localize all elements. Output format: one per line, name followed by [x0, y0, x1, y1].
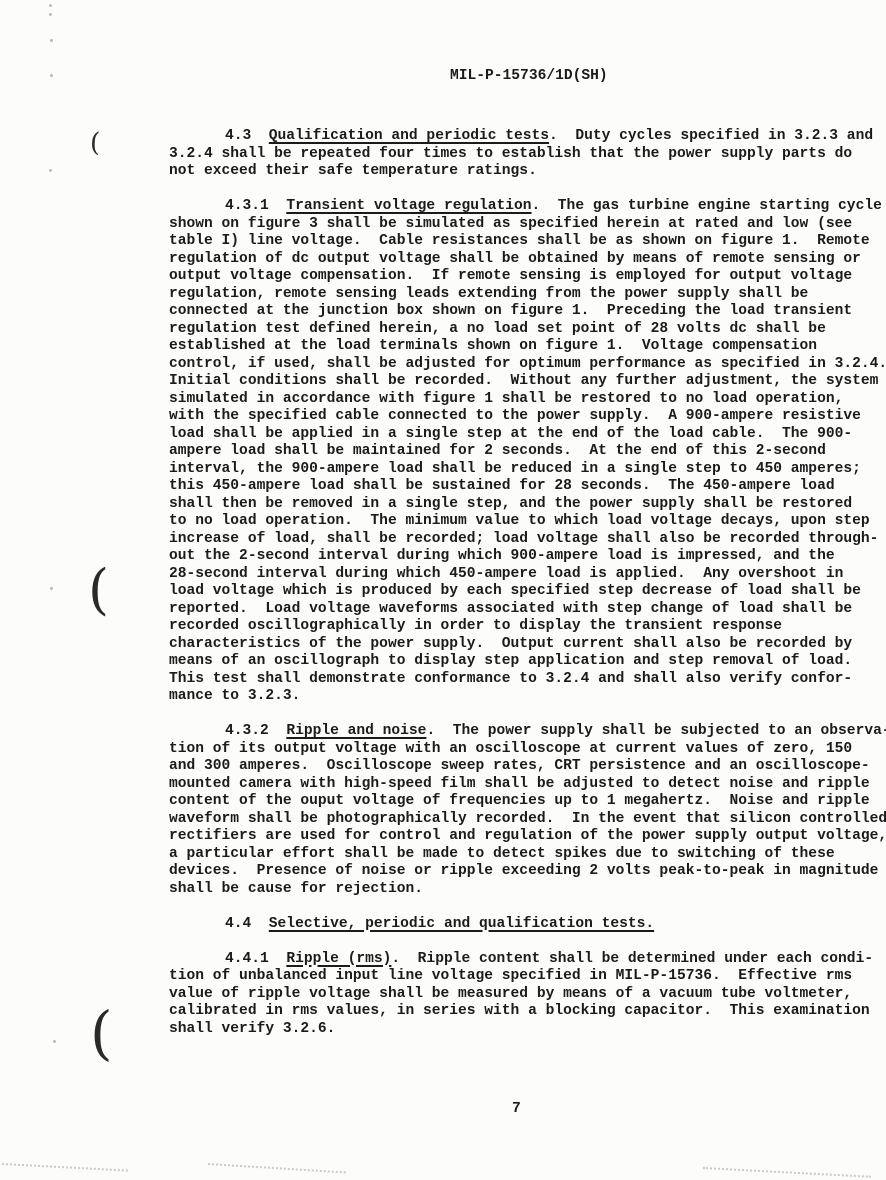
- text-line: devices. Presence of noise or ripple exc…: [169, 863, 886, 881]
- pen-mark-paren-icon: (: [90, 1004, 113, 1062]
- text-line: mance to 3.2.3.: [169, 688, 886, 706]
- section-title: Ripple (rms): [286, 951, 391, 967]
- text-line: tion of unbalanced input line voltage sp…: [169, 968, 886, 986]
- text-line: calibrated in rms values, in series with…: [169, 1003, 886, 1021]
- text-line: shall verify 3.2.6.: [169, 1021, 886, 1039]
- scan-speck: [49, 169, 52, 172]
- section-heading-line: 4.3 Qualification and periodic tests. Du…: [169, 128, 886, 146]
- document-body: 4.3 Qualification and periodic tests. Du…: [169, 128, 886, 1038]
- text-line: recorded oscillographically in order to …: [169, 618, 886, 636]
- paragraph-lines: tion of its output voltage with an oscil…: [169, 741, 886, 899]
- text-line: out the 2-second interval during which 9…: [169, 548, 886, 566]
- text-line: not exceed their safe temperature rating…: [169, 163, 886, 181]
- document-id-header: MIL-P-15736/1D(SH): [450, 68, 608, 84]
- text-line: Initial conditions shall be recorded. Wi…: [169, 373, 886, 391]
- section-title: Ripple and noise: [286, 723, 426, 739]
- section-title: Transient voltage regulation: [286, 198, 531, 214]
- paragraph-lines: shown on figure 3 shall be simulated as …: [169, 216, 886, 706]
- text-line: value of ripple voltage shall be measure…: [169, 986, 886, 1004]
- section-4-3: 4.3 Qualification and periodic tests. Du…: [169, 128, 886, 181]
- section-title: Selective, periodic and qualification te…: [269, 916, 654, 932]
- section-number: 4.3: [225, 128, 269, 144]
- section-heading-line: 4.4.1 Ripple (rms). Ripple content shall…: [169, 951, 886, 969]
- scan-speck: [50, 39, 53, 42]
- section-heading-line: 4.3.1 Transient voltage regulation. The …: [169, 198, 886, 216]
- section-4-4: 4.4 Selective, periodic and qualificatio…: [169, 916, 886, 934]
- text-line: shown on figure 3 shall be simulated as …: [169, 216, 886, 234]
- section-number: 4.3.2: [225, 723, 286, 739]
- text-line: regulation, remote sensing leads extendi…: [169, 286, 886, 304]
- scan-speck: [50, 74, 53, 77]
- text-line: table I) line voltage. Cable resistances…: [169, 233, 886, 251]
- section-number: 4.4.1: [225, 951, 286, 967]
- text-line: shall be cause for rejection.: [169, 881, 886, 899]
- scan-dash-artifact: [703, 1167, 871, 1178]
- text-line: to no load operation. The minimum value …: [169, 513, 886, 531]
- section-4-3-2: 4.3.2 Ripple and noise. The power supply…: [169, 723, 886, 898]
- heading-tail-text: . Ripple content shall be determined und…: [391, 951, 873, 967]
- scanned-document-page: MIL-P-15736/1D(SH) 4.3 Qualification and…: [0, 0, 886, 1180]
- text-line: 28-second interval during which 450-ampe…: [169, 566, 886, 584]
- text-line: load voltage which is produced by each s…: [169, 583, 886, 601]
- text-line: This test shall demonstrate conformance …: [169, 671, 886, 689]
- section-title: Qualification and periodic tests: [269, 128, 549, 144]
- section-heading-line: 4.3.2 Ripple and noise. The power supply…: [169, 723, 886, 741]
- text-line: interval, the 900-ampere load shall be r…: [169, 461, 886, 479]
- text-line: rectifiers are used for control and regu…: [169, 828, 886, 846]
- text-line: and 300 amperes. Oscilloscope sweep rate…: [169, 758, 886, 776]
- scan-speck: [50, 587, 53, 590]
- text-line: control, if used, shall be adjusted for …: [169, 356, 886, 374]
- section-heading-line: 4.4 Selective, periodic and qualificatio…: [169, 916, 886, 934]
- text-line: reported. Load voltage waveforms associa…: [169, 601, 886, 619]
- text-line: connected at the junction box shown on f…: [169, 303, 886, 321]
- section-number: 4.3.1: [225, 198, 286, 214]
- section-number: 4.4: [225, 916, 269, 932]
- text-line: tion of its output voltage with an oscil…: [169, 741, 886, 759]
- text-line: a particular effort shall be made to det…: [169, 846, 886, 864]
- text-line: output voltage compensation. If remote s…: [169, 268, 886, 286]
- text-line: regulation of dc output voltage shall be…: [169, 251, 886, 269]
- text-line: load shall be applied in a single step a…: [169, 426, 886, 444]
- scan-dash-artifact: [208, 1163, 346, 1173]
- heading-tail-text: . Duty cycles specified in 3.2.3 and: [549, 128, 873, 144]
- scan-speck: [53, 1040, 56, 1043]
- text-line: shall then be removed in a single step, …: [169, 496, 886, 514]
- text-line: ampere load shall be maintained for 2 se…: [169, 443, 886, 461]
- pen-mark-paren-icon: (: [90, 130, 101, 156]
- scan-dash-artifact: [2, 1163, 128, 1172]
- page-number: 7: [512, 1101, 521, 1117]
- scan-speck: [49, 13, 52, 16]
- pen-mark-paren-icon: (: [88, 563, 109, 617]
- text-line: waveform shall be photographically recor…: [169, 811, 886, 829]
- text-line: established at the load terminals shown …: [169, 338, 886, 356]
- text-line: simulated in accordance with figure 1 sh…: [169, 391, 886, 409]
- paragraph-lines: 3.2.4 shall be repeated four times to es…: [169, 146, 886, 181]
- text-line: regulation test defined herein, a no loa…: [169, 321, 886, 339]
- heading-tail-text: . The power supply shall be subjected to…: [426, 723, 886, 739]
- section-4-3-1: 4.3.1 Transient voltage regulation. The …: [169, 198, 886, 706]
- scan-speck: [49, 4, 52, 7]
- text-line: with the specified cable connected to th…: [169, 408, 886, 426]
- text-line: content of the ouput voltage of frequenc…: [169, 793, 886, 811]
- text-line: characteristics of the power supply. Out…: [169, 636, 886, 654]
- heading-tail-text: . The gas turbine engine starting cycle: [532, 198, 882, 214]
- text-line: means of an oscillograph to display step…: [169, 653, 886, 671]
- section-4-4-1: 4.4.1 Ripple (rms). Ripple content shall…: [169, 951, 886, 1039]
- text-line: 3.2.4 shall be repeated four times to es…: [169, 146, 886, 164]
- text-line: mounted camera with high-speed film shal…: [169, 776, 886, 794]
- paragraph-lines: tion of unbalanced input line voltage sp…: [169, 968, 886, 1038]
- text-line: increase of load, shall be recorded; loa…: [169, 531, 886, 549]
- text-line: this 450-ampere load shall be sustained …: [169, 478, 886, 496]
